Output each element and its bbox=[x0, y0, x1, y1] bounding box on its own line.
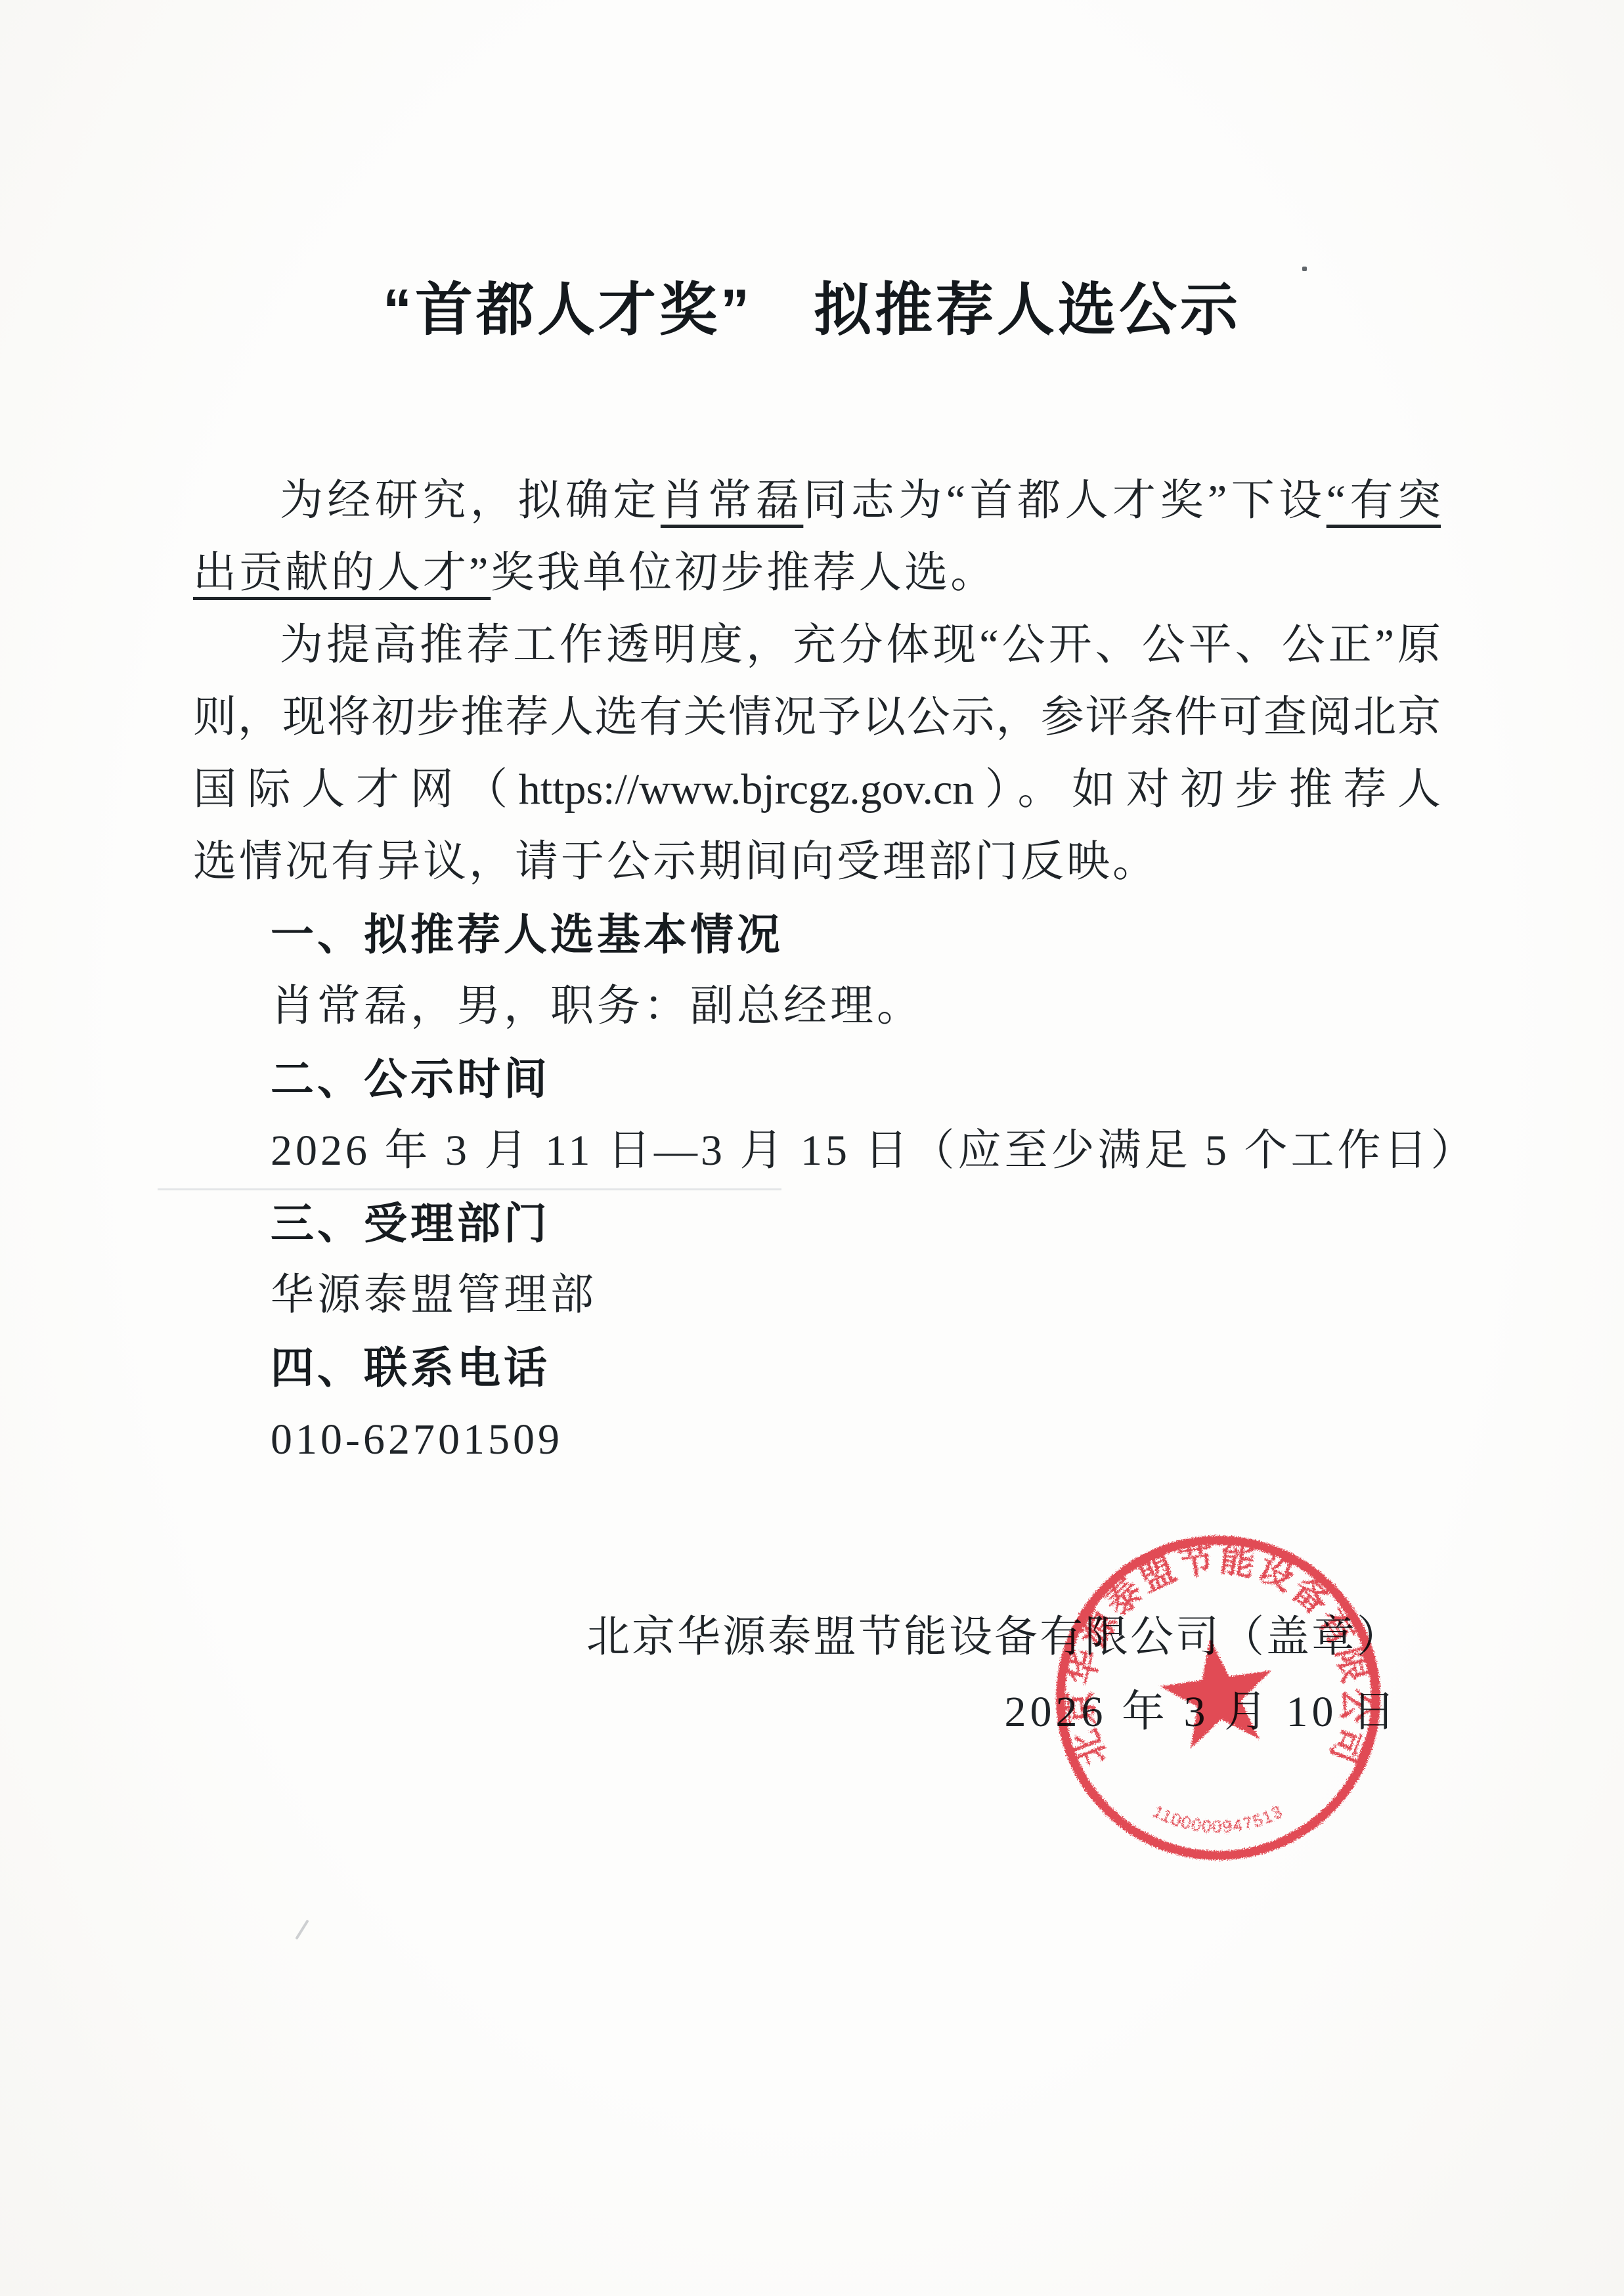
section-heading: 三、受理部门 bbox=[193, 1187, 1518, 1259]
text-run: 肖常磊，男，职务：副总经理。 bbox=[271, 982, 923, 1030]
text-run: 为提高推荐工作透明度，充分体现“公开、公平、公正”原 bbox=[280, 621, 1441, 669]
paragraph-line: 选情况有异议，请于公示期间向受理部门反映。 bbox=[193, 826, 1441, 898]
section-heading: 四、联系电话 bbox=[193, 1332, 1518, 1404]
text-run: 奖我单位初步推荐人选。 bbox=[491, 549, 996, 597]
text-run: 选情况有异议，请于公示期间向受理部门反映。 bbox=[193, 838, 1158, 886]
paragraph-line: 则，现将初步推荐人选有关情况予以公示，参评条件可查阅北京 bbox=[193, 682, 1441, 754]
text-run: 华源泰盟管理部 bbox=[271, 1271, 597, 1319]
section-heading: 二、公示时间 bbox=[193, 1043, 1518, 1115]
section-heading: 一、拟推荐人选基本情况 bbox=[193, 898, 1518, 970]
paragraph-line: 出贡献的人才”奖我单位初步推荐人选。 bbox=[193, 537, 1441, 609]
seal-star-icon bbox=[1154, 1630, 1281, 1752]
text-run: 同志为“首都人才奖”下设 bbox=[803, 477, 1326, 525]
text-run: 一、拟推荐人选基本情况 bbox=[271, 910, 783, 959]
section-text: 肖常磊，男，职务：副总经理。 bbox=[193, 970, 1518, 1043]
scan-artifact-tick bbox=[295, 1920, 309, 1940]
section-text: 华源泰盟管理部 bbox=[193, 1259, 1518, 1332]
document-page: “首都人才奖” 拟推荐人选公示 为经研究，拟确定肖常磊同志为“首都人才奖”下设“… bbox=[0, 0, 1624, 2296]
text-run: 010-62701509 bbox=[271, 1416, 563, 1463]
underlined-text: “有突 bbox=[1327, 477, 1441, 525]
paragraph-line: 国际人才网（https://www.bjrcgz.gov.cn）。如对初步推荐人 bbox=[193, 754, 1441, 826]
text-run: 三、受理部门 bbox=[271, 1199, 550, 1247]
section-text: 010-62701509 bbox=[193, 1404, 1518, 1476]
text-run: 国际人才网（https://www.bjrcgz.gov.cn）。如对初步推荐人 bbox=[193, 766, 1441, 813]
text-run: 为经研究，拟确定 bbox=[280, 477, 661, 525]
text-run: 2026 年 3 月 11 日—3 月 15 日（应至少满足 5 个工作日） bbox=[271, 1127, 1478, 1175]
seal-number-arc: 1100000947513 bbox=[1150, 1801, 1287, 1836]
paragraph-line: 为经研究，拟确定肖常磊同志为“首都人才奖”下设“有突 bbox=[193, 465, 1441, 537]
document-body: 为经研究，拟确定肖常磊同志为“首都人才奖”下设“有突出贡献的人才”奖我单位初步推… bbox=[193, 465, 1441, 1476]
company-seal-stamp: 北京华源泰盟节能设备有限公司 1100000947513 bbox=[1047, 1527, 1389, 1869]
text-run: 二、公示时间 bbox=[271, 1054, 550, 1103]
text-run: 则，现将初步推荐人选有关情况予以公示，参评条件可查阅北京 bbox=[193, 693, 1441, 741]
scan-artifact-streak bbox=[158, 1188, 781, 1190]
text-run: 四、联系电话 bbox=[271, 1343, 550, 1392]
page-title: “首都人才奖” 拟推荐人选公示 bbox=[0, 264, 1624, 347]
seal-number-text: 1100000947513 bbox=[1150, 1801, 1287, 1836]
underlined-text: 出贡献的人才” bbox=[193, 549, 491, 597]
underlined-text: 肖常磊 bbox=[661, 477, 803, 525]
section-text: 2026 年 3 月 11 日—3 月 15 日（应至少满足 5 个工作日） bbox=[193, 1115, 1518, 1187]
scan-artifact-dot bbox=[1302, 267, 1307, 271]
paragraph-line: 为提高推荐工作透明度，充分体现“公开、公平、公正”原 bbox=[193, 609, 1441, 682]
